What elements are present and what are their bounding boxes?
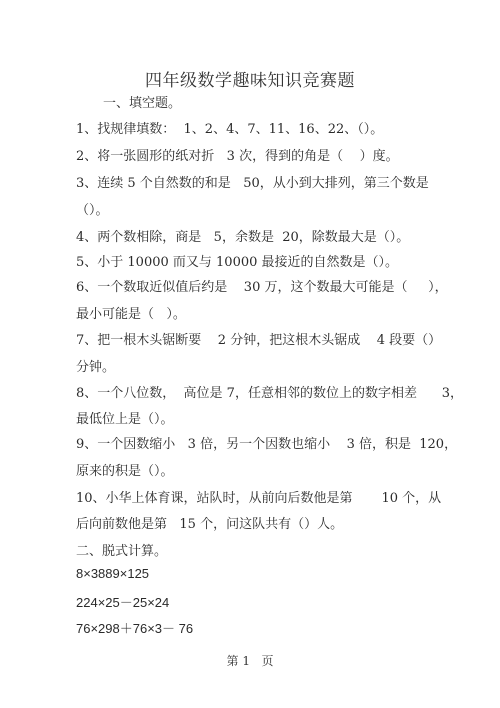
question-6-cont: 最小可能是（ ）。 [76, 303, 186, 322]
calculation-3: 76×298＋76×3－ 76 [76, 618, 193, 637]
question-4: 4、两个数相除，商是 5，余数是 20，除数最大是（）。 [76, 226, 409, 245]
document-title: 四年级数学趣味知识竞赛题 [0, 66, 500, 91]
question-8-cont: 最低位上是（）。 [76, 408, 174, 427]
question-10: 10、小华上体育课，站队时，从前向后数他是第 10 个，从 [76, 487, 441, 506]
question-1: 1、找规律填数： 1、2、4、7、11、16、22、（）。 [76, 118, 383, 137]
question-6: 6、一个数取近似值后约是 30 万，这个数最大可能是（ ）， [76, 276, 448, 295]
question-8: 8、一个八位数， 高位是 7，任意相邻的数位上的数字相差 3， [76, 382, 463, 401]
section-heading-fill-in: 一、填空题。 [103, 92, 181, 111]
question-9-cont: 原来的积是（）。 [76, 460, 174, 479]
question-9: 9、一个因数缩小 3 倍，另一个因数也缩小 3 倍，积是 120， [76, 433, 457, 452]
question-7: 7、把一根木头锯断要 2 分钟，把这根木头锯成 4 段要（） [76, 329, 441, 348]
calculation-1: 8×3889×125 [76, 566, 149, 581]
question-3-cont: （）。 [76, 199, 109, 218]
question-7-cont: 分钟。 [76, 356, 115, 375]
question-10-cont: 后向前数他是第 15 个，问这队共有（）人。 [76, 513, 343, 532]
page-number: 第 1 页 [0, 652, 500, 669]
section-heading-calculation: 二、脱式计算。 [76, 540, 167, 559]
question-2: 2、将一张圆形的纸对折 3 次，得到的角是（ ）度。 [76, 145, 399, 164]
question-5: 5、小于 10000 而又与 10000 最接近的自然数是（）。 [76, 251, 398, 270]
calculation-2: 224×25－25×24 [76, 592, 169, 611]
question-3: 3、连续 5 个自然数的和是 50，从小到大排列，第三个数是 [76, 172, 429, 191]
